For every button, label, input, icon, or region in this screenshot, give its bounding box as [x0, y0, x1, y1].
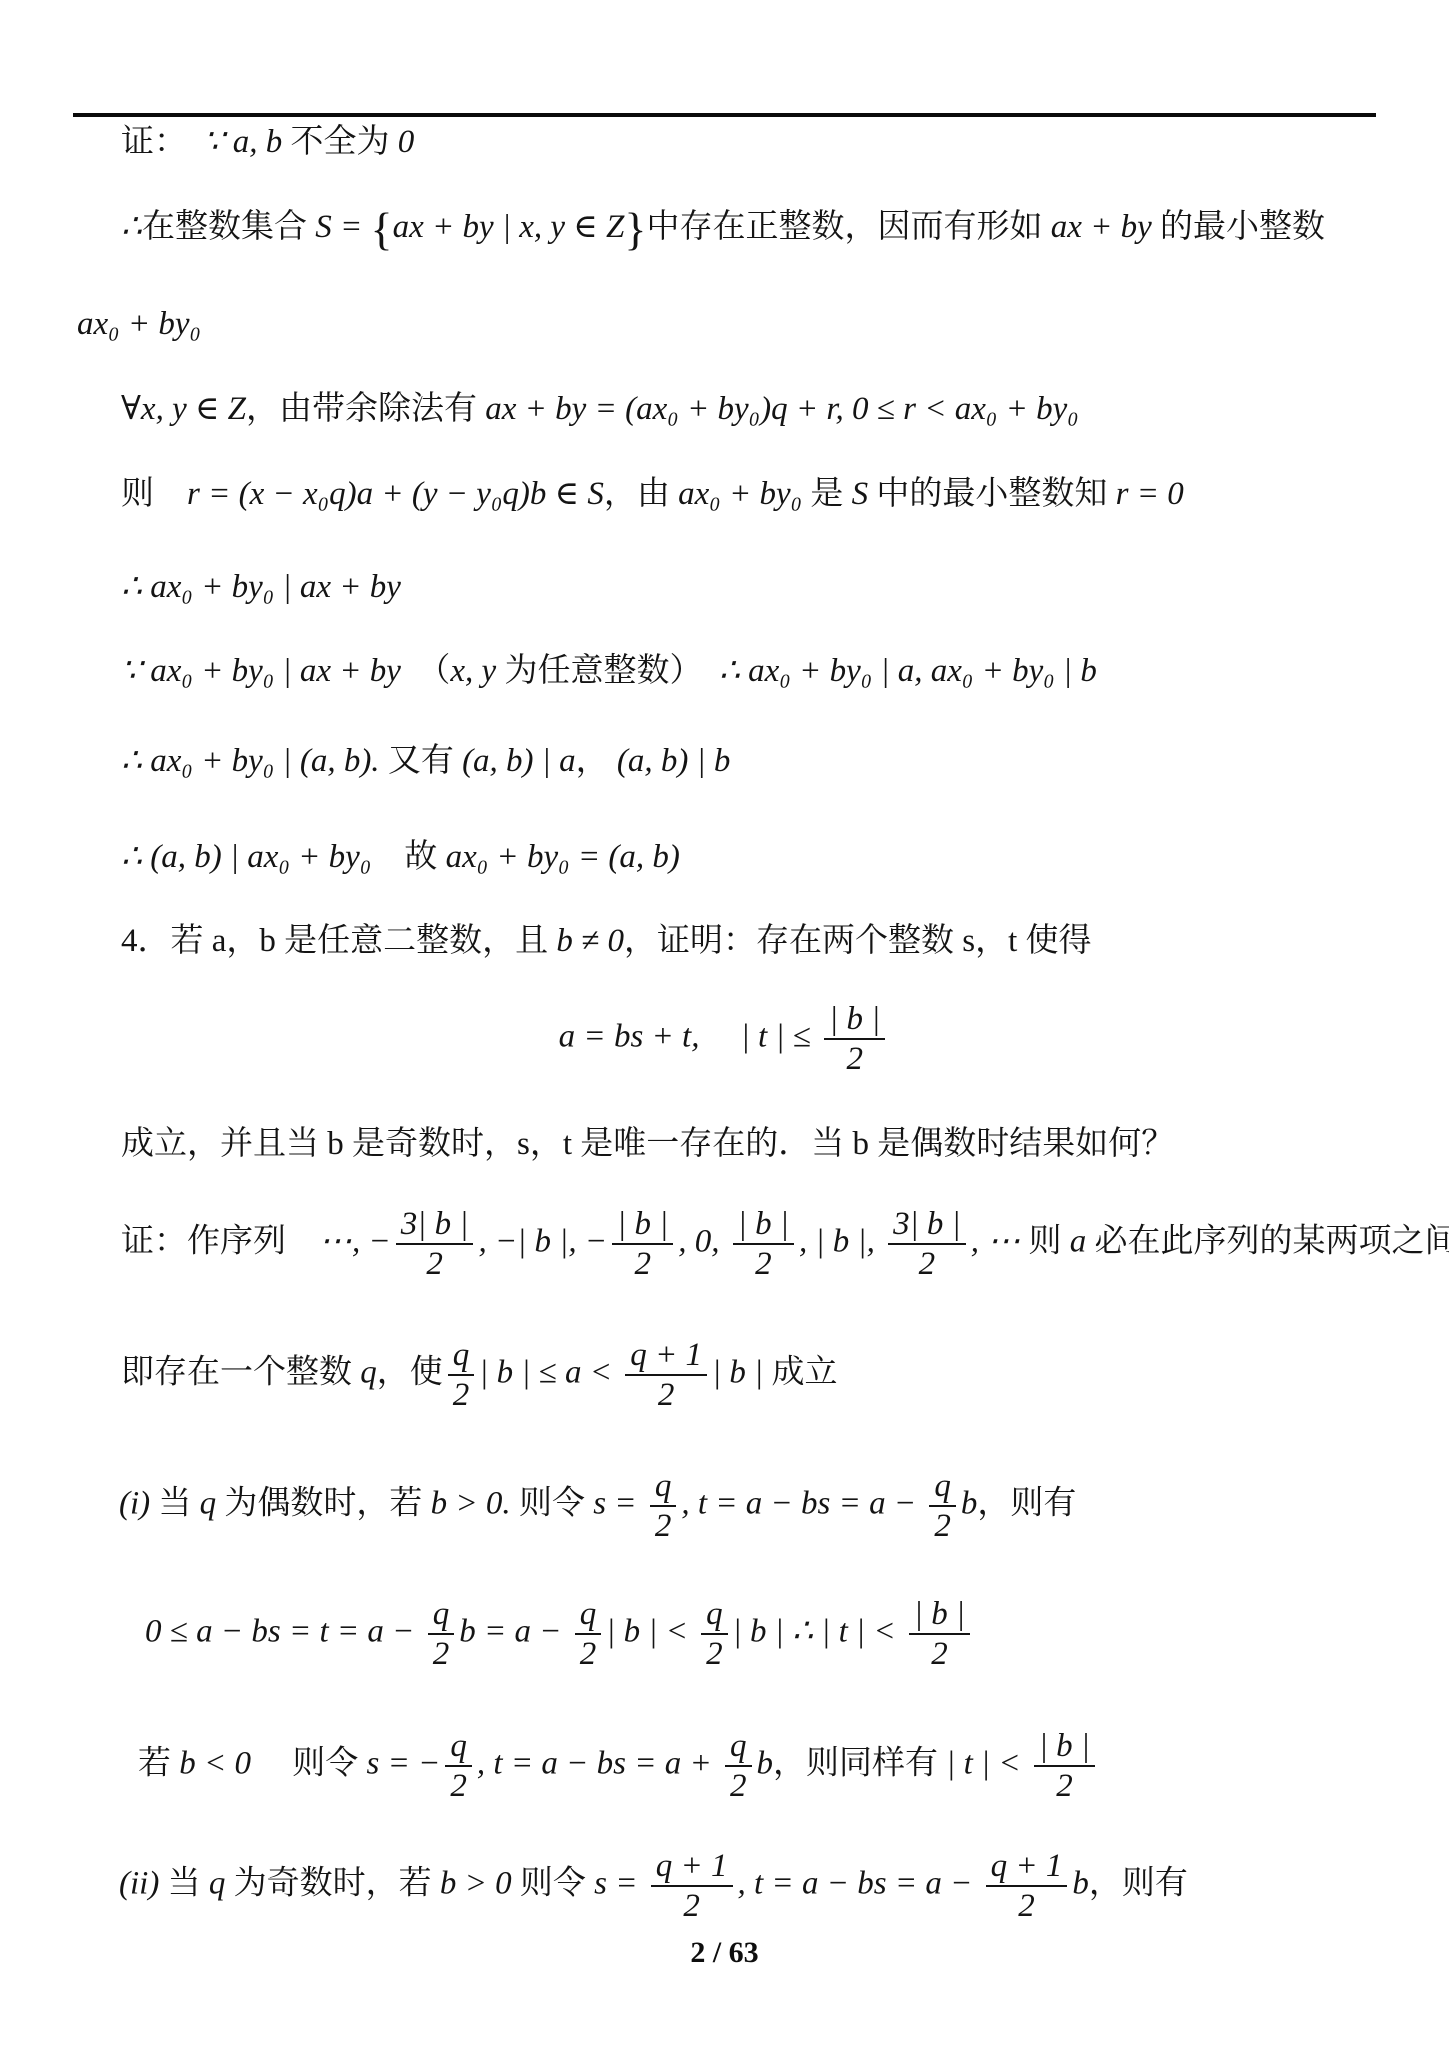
line-proof3-remainder: 则 r = (x − x₀q)a + (y − y₀q)b ∈ S，由 ax₀ … [121, 474, 1184, 514]
line-proof4-exists-q: 即存在一个整数 q，使q2| b | ≤ a < q + 12| b | 成立 [121, 1338, 837, 1412]
line-proof4-case-ii: (ii) 当 q 为奇数时，若 b > 0 则令 s = q + 12, t =… [119, 1849, 1188, 1923]
line-problem4-statement-2: 成立，并且当 b 是奇数时，s，t 是唯一存在的．当 b 是偶数时结果如何？ [121, 1124, 1174, 1164]
document-page: 证： ∵ a, b 不全为 0 ∴在整数集合 S = {ax + by | x,… [0, 0, 1449, 2048]
line-problem4-formula: a = bs + t, | t | ≤ | b |2 [0, 1002, 1449, 1076]
line-proof4-case-i-bound: 0 ≤ a − bs = t = a − q2b = a − q2| b | <… [145, 1597, 975, 1671]
line-proof3-divides-gcd: ∴ ax₀ + by₀ | (a, b). 又有 (a, b) | a， (a,… [121, 741, 730, 781]
line-proof3-division: ∀x, y ∈ Z，由带余除法有 ax + by = (ax₀ + by₀)q … [121, 389, 1079, 429]
line-proof4-case-i: (i) 当 q 为偶数时，若 b > 0. 则令 s = q2, t = a −… [119, 1469, 1076, 1543]
line-proof3-divides-1: ∴ ax₀ + by₀ | ax + by [121, 567, 401, 607]
line-proof4-case-i-neg: 若 b < 0 则令 s = −q2, t = a − bs = a + q2b… [138, 1729, 1100, 1803]
line-proof3-min-element: ax₀ + by₀ [77, 304, 201, 344]
line-proof3-set: ∴在整数集合 S = {ax + by | x, y ∈ Z}中存在正整数，因而… [121, 207, 1325, 249]
line-proof4-sequence: 证：作序列 ⋯, −3| b |2, −| b |, −| b |2, 0, |… [121, 1207, 1449, 1281]
line-proof3-divides-2: ∵ ax₀ + by₀ | ax + by （x, y 为任意整数） ∴ ax₀… [121, 651, 1097, 691]
line-problem4-statement: 4．若 a，b 是任意二整数，且 b ≠ 0，证明：存在两个整数 s，t 使得 [121, 921, 1092, 961]
line-proof3-conclusion: ∴ (a, b) | ax₀ + by₀ 故 ax₀ + by₀ = (a, b… [121, 837, 680, 877]
page-number: 2 / 63 [0, 1936, 1449, 1970]
line-proof3-premise: 证： ∵ a, b 不全为 0 [121, 122, 414, 162]
header-rule [73, 113, 1376, 117]
